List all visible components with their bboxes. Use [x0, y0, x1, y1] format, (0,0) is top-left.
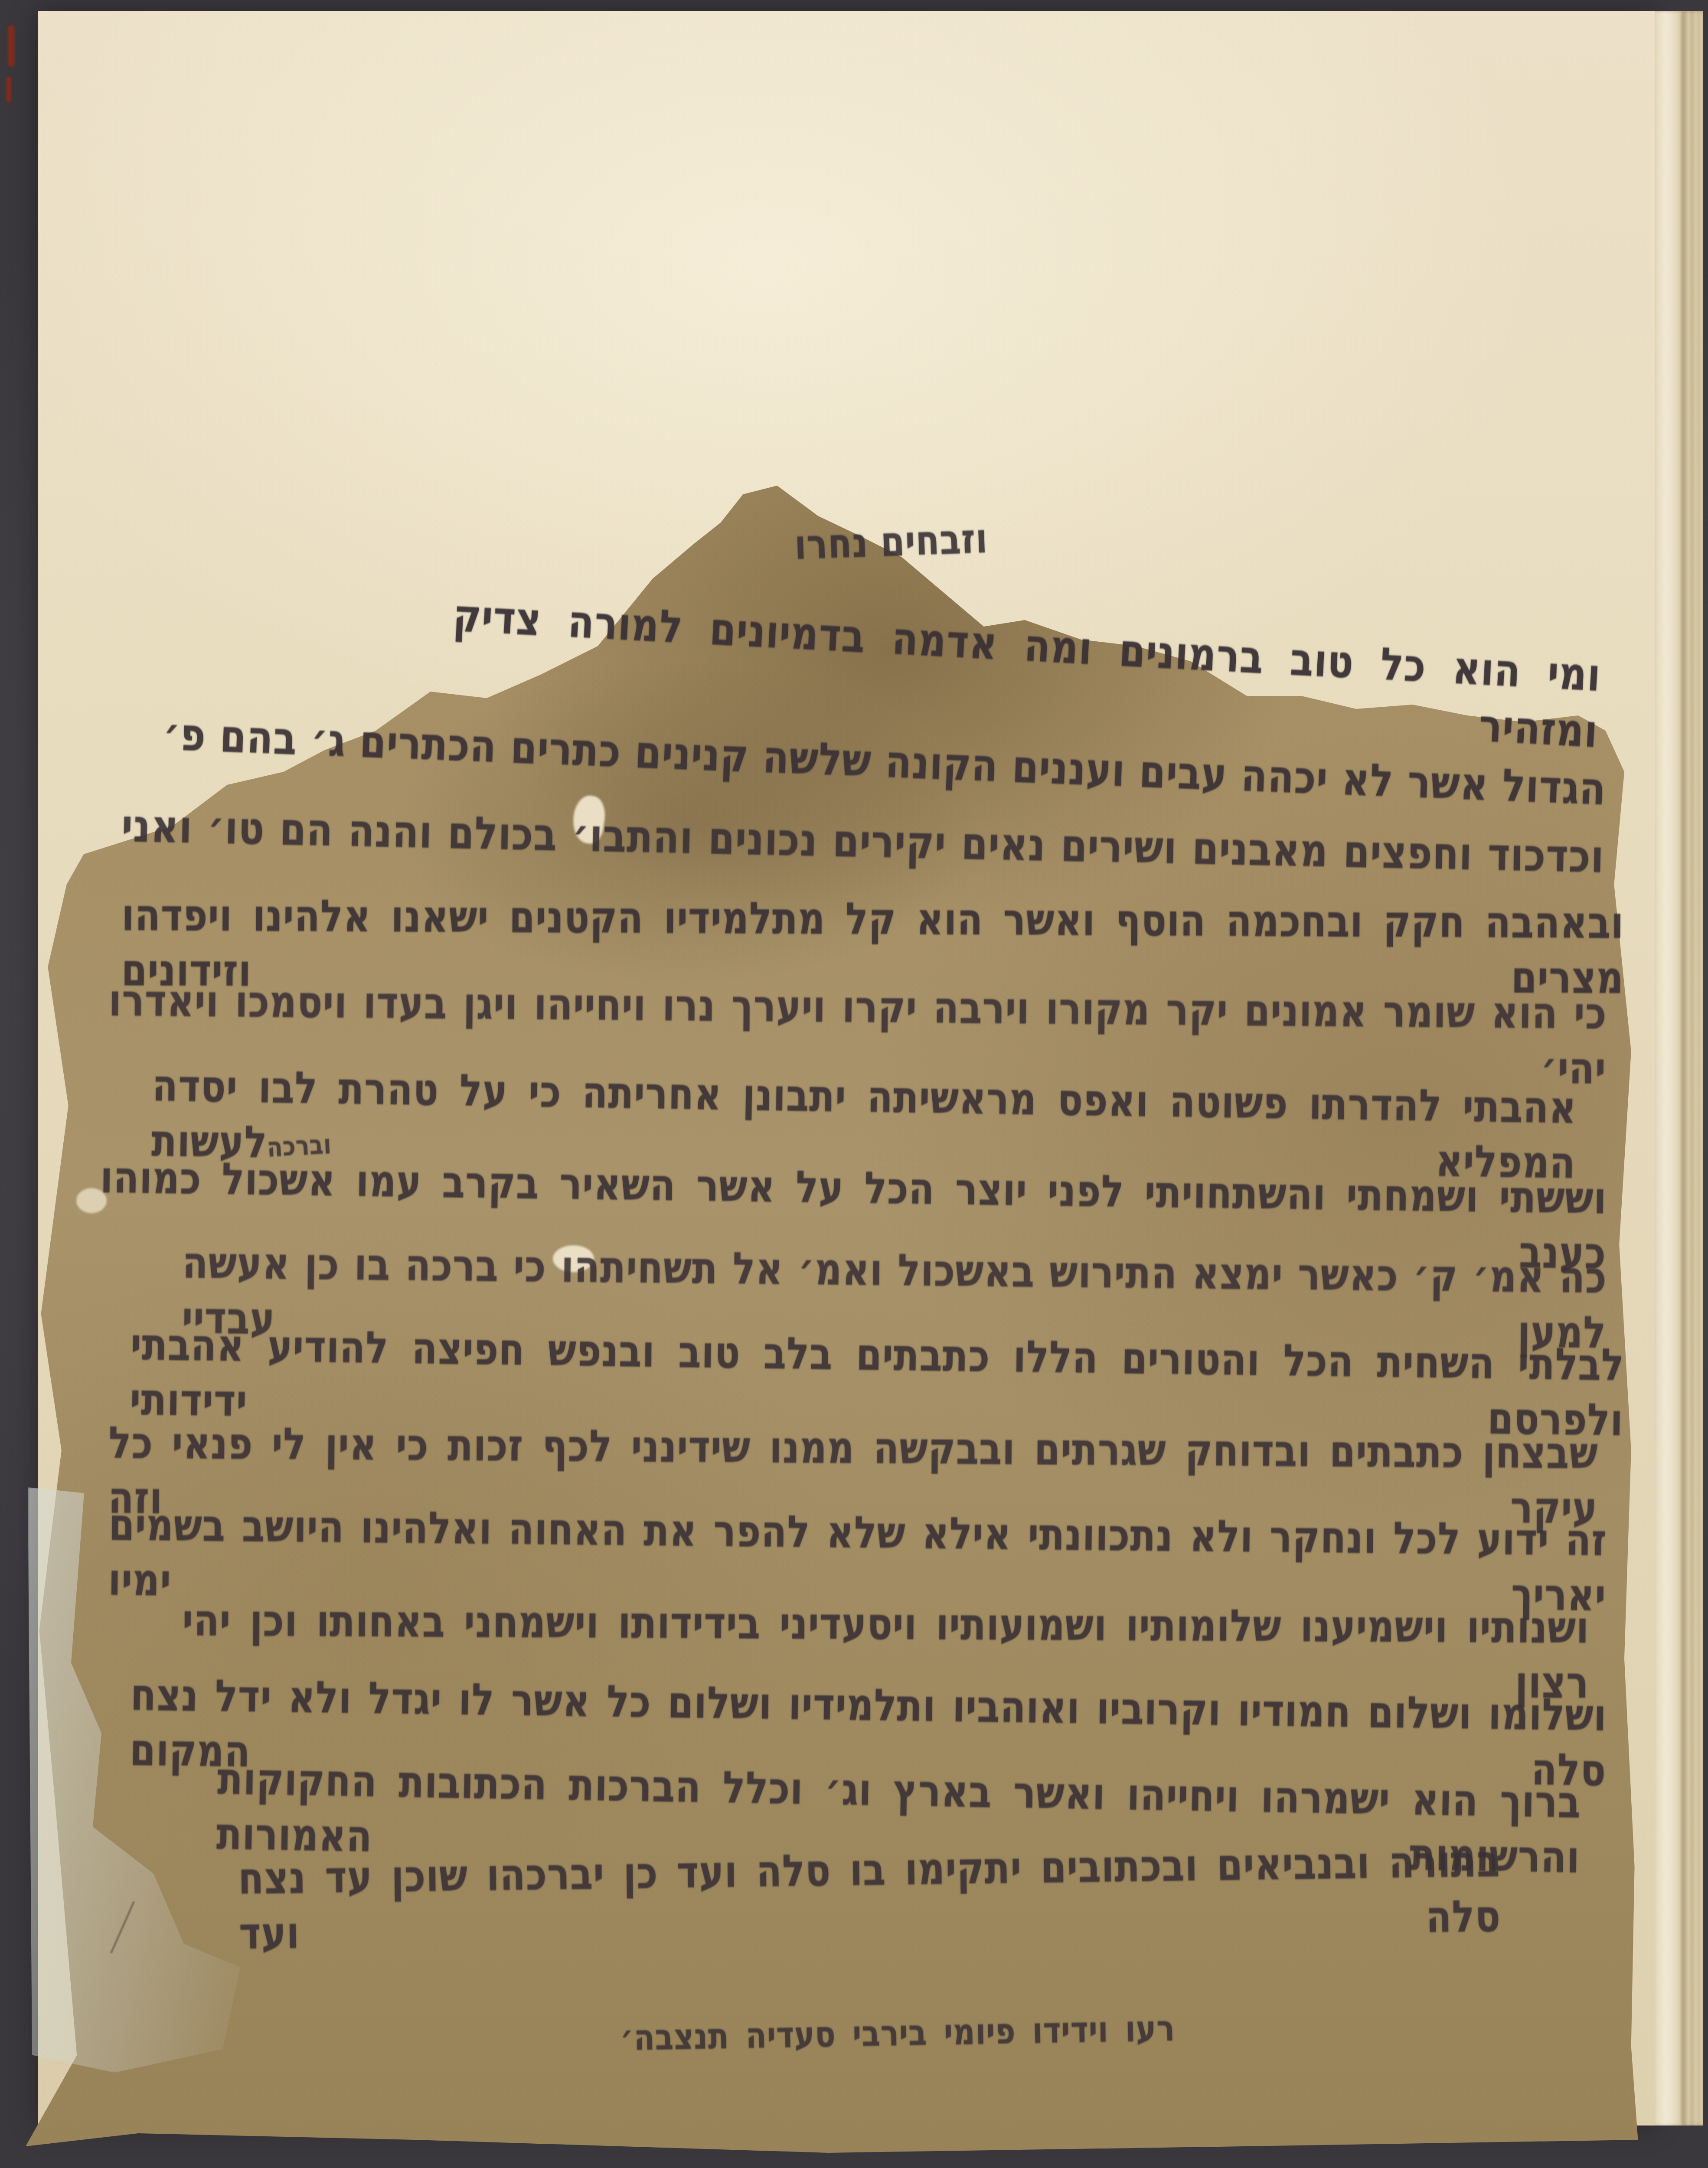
manuscript-line: בתורה ובנביאים ובכתובים יתקימו בו סלה וע… [238, 1834, 1501, 1961]
photo-mat: וזבחים נחרוומי הוא כל טוב ברמונים ומה אד… [0, 0, 1708, 2168]
manuscript-line: וכדכוד וחפצים מאבנים ושירים נאים יקירים … [121, 798, 1605, 885]
hebrew-text-lines: וזבחים נחרוומי הוא כל טוב ברמונים ומה אד… [0, 0, 1708, 2168]
top-partial-line: וזבחים נחרו [767, 512, 1016, 572]
colophon-line: רעו וידידו פיומי בירבי סעדיה תנצבה׳ [620, 2006, 1176, 2061]
interlinear-note: וברכה [233, 1126, 365, 1166]
